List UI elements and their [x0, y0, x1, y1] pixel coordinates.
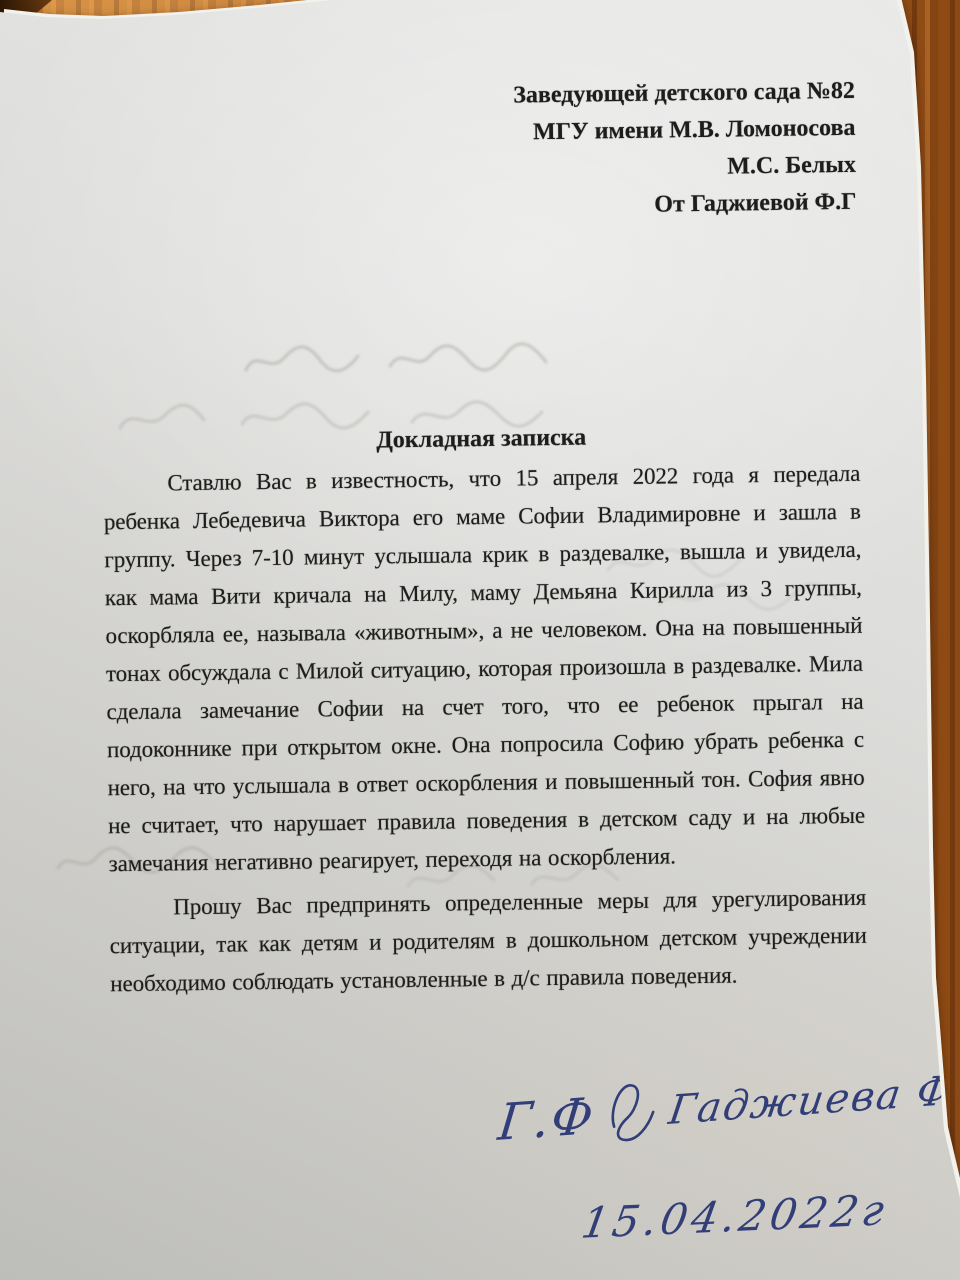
- body-paragraph-1: Ставлю Вас в известность, что 15 апреля …: [103, 455, 866, 884]
- signature-flourish-icon: [600, 1077, 663, 1149]
- paper-sheet-wrap: Заведующей детского сада №82 МГУ имени М…: [0, 0, 960, 1280]
- signature-name: Гаджиева Ф.Г.: [665, 1064, 960, 1134]
- signature-monogram: Г.Ф: [496, 1087, 598, 1152]
- body-paragraph-2: Прошу Вас предпринять определенные меры …: [109, 879, 868, 1004]
- recipient-block: Заведующей детского сада №82 МГУ имени М…: [98, 73, 857, 232]
- paper-sheet: Заведующей детского сада №82 МГУ имени М…: [0, 0, 960, 1280]
- handwritten-date: 15.04.2022г: [578, 1185, 892, 1248]
- document-text-block: Заведующей детского сада №82 МГУ имени М…: [97, 0, 868, 1003]
- handwritten-signature: Г.Ф Гаджиева Ф.Г.: [496, 1055, 960, 1156]
- document-photo: Заведующей детского сада №82 МГУ имени М…: [0, 0, 960, 1280]
